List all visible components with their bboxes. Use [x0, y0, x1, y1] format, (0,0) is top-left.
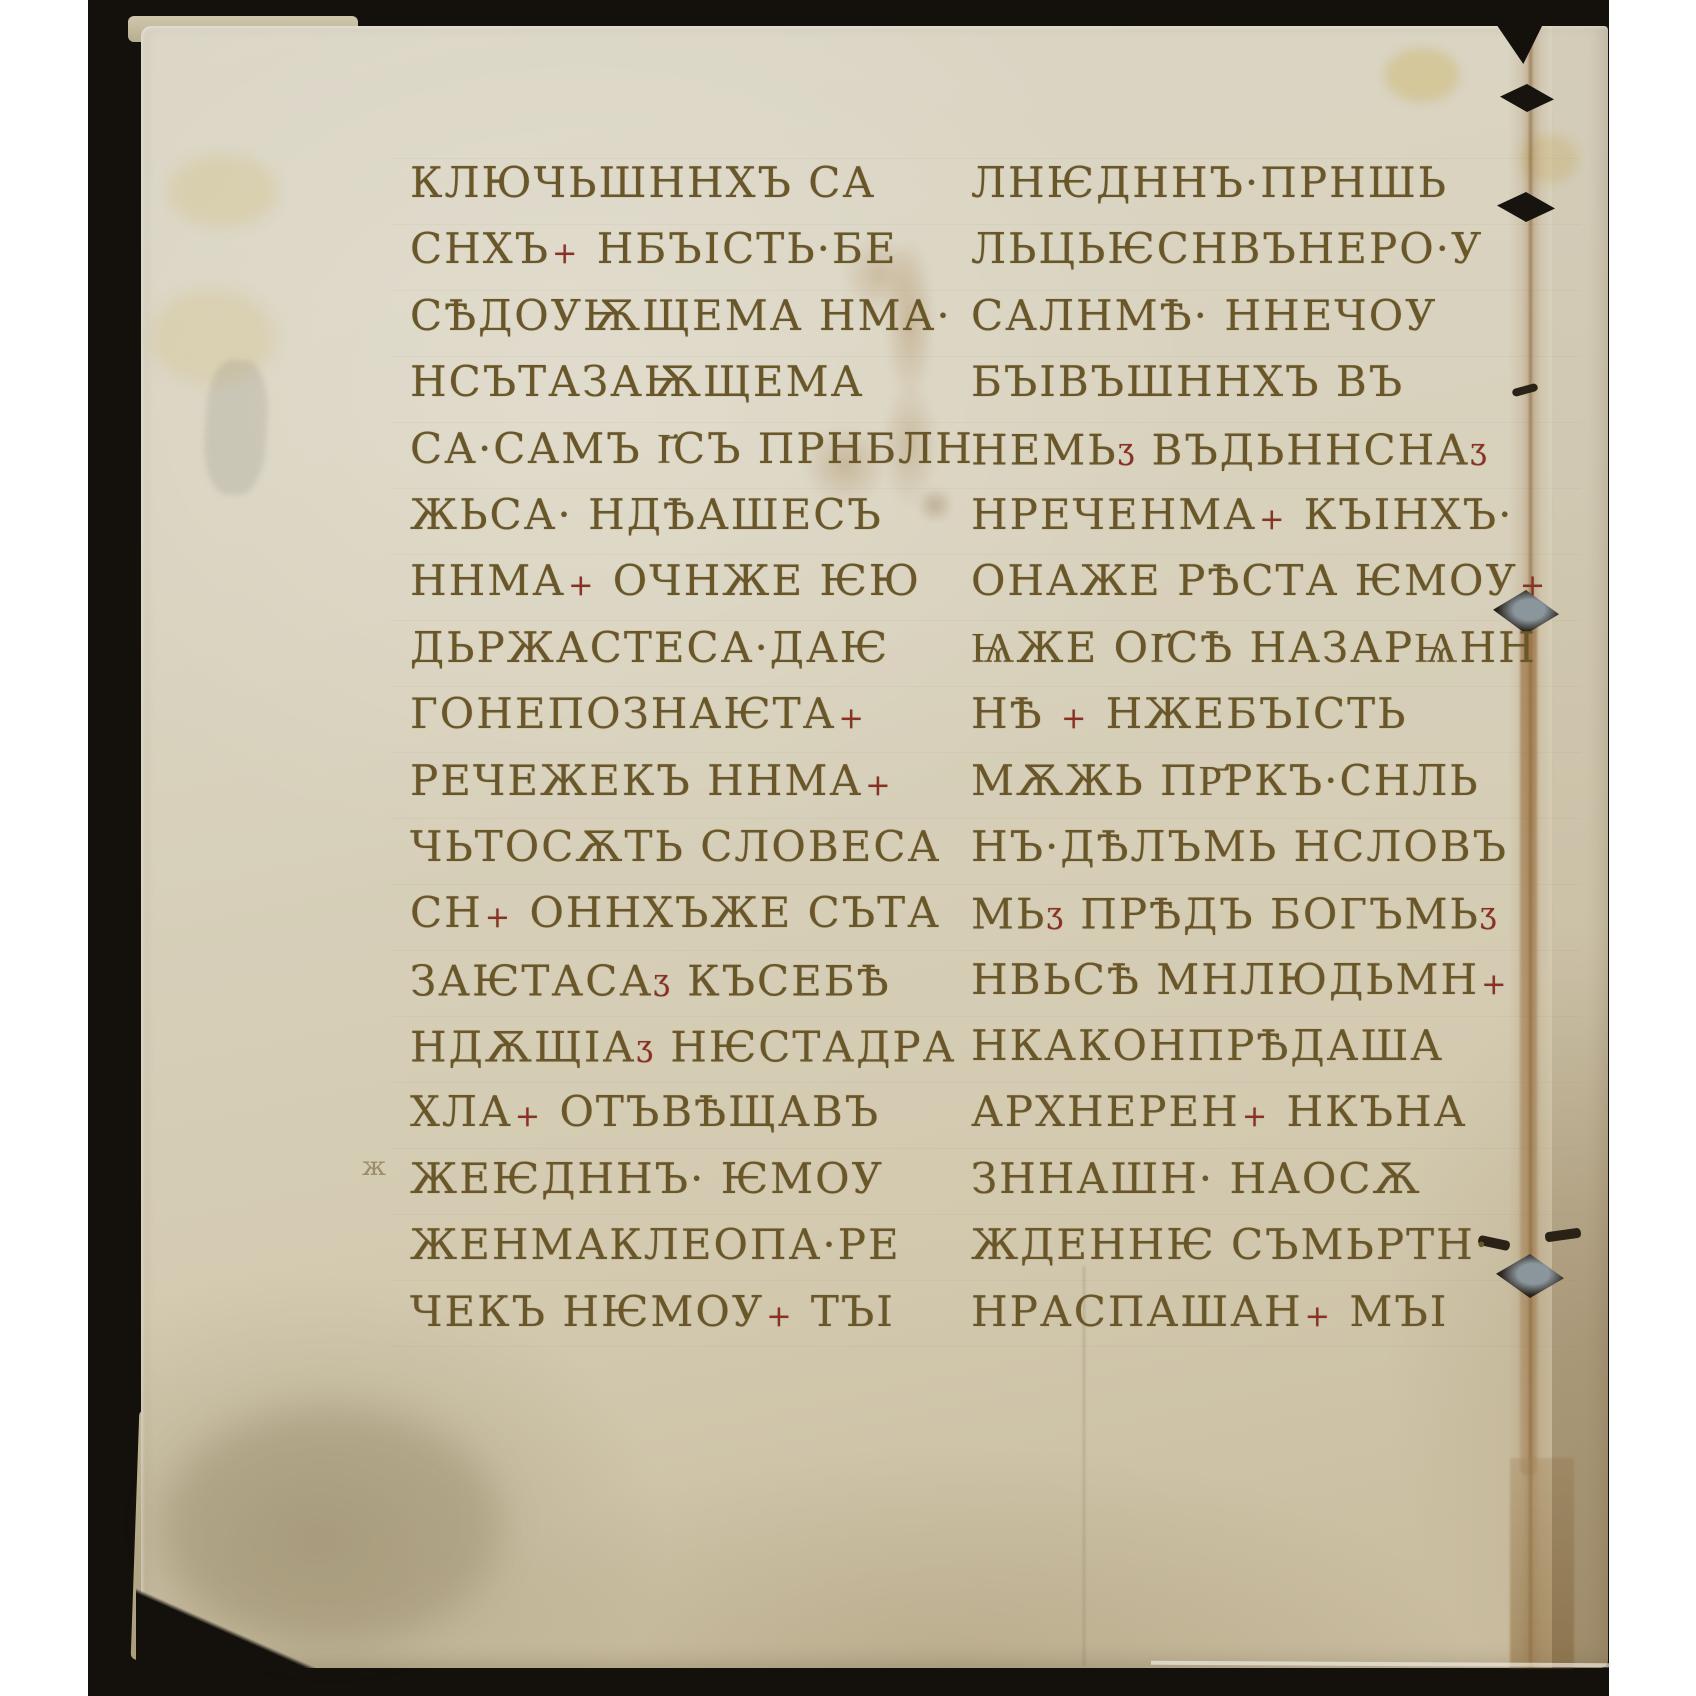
manuscript-text-line: ЧЬТОСѪТЬ СЛОВЕСА [410, 814, 974, 880]
yellow-stain [1385, 48, 1459, 102]
manuscript-text-line: НРАСПАШАН+ МЪІ [971, 1279, 1549, 1345]
rubric-cross-mark: + [483, 900, 514, 935]
rubric-cross-mark: + [513, 1099, 544, 1134]
rubric-cross-mark: + [550, 236, 581, 271]
rubric-z-mark: ʒ [1470, 432, 1489, 466]
manuscript-text-line: СН+ ОННХЪЖЕ СЪТА [410, 880, 974, 946]
text-column-right: ЛНѤДННЪ·ПРНШЬЛЬЦЬѤСНВЪНЕРО·УСАЛНМѢ· ННЕЧ… [971, 150, 1549, 1345]
text-column-left: КЛЮЧЬШННХЪ САСНХЪ+ НБЪІСТЬ·БЕСѢДОУѬЩЕМА … [410, 150, 974, 1345]
rubric-cross-mark: + [1257, 502, 1288, 537]
rubric-z-mark: ʒ [653, 963, 672, 997]
manuscript-text-line: РЕЧЕЖЕКЪ ННМА+ [410, 748, 974, 814]
manuscript-text-line: ЗННАШН· НАОСѪ [971, 1146, 1549, 1212]
manuscript-text-line: ЗАѤТАСАʒ КЪСЕБѢ [410, 947, 974, 1013]
manuscript-text-line: ЖЕѤДННЪ· ѤМОУ [410, 1146, 974, 1212]
marginal-mark: ж [362, 1152, 386, 1182]
rubric-cross-mark: + [1303, 1299, 1334, 1334]
rubric-z-mark: ʒ [636, 1029, 655, 1063]
manuscript-text-line: НСЪТАЗАѬЩЕМА [410, 349, 974, 415]
manuscript-text-line: ННМА+ ОЧНЖЕ ѤЮ [410, 548, 974, 614]
rubric-cross-mark: + [764, 1299, 795, 1334]
manuscript-text-line: ЧЕКЪ НѤМОУ+ ТЪІ [410, 1279, 974, 1345]
manuscript-text-line: НКАКОНПРѢДАША [971, 1013, 1549, 1079]
rubric-cross-mark: + [566, 568, 597, 603]
manuscript-text-line: МѪЖЬ ПР҃РКЪ·СНЛЬ [971, 748, 1549, 814]
manuscript-text-line: НЕМЬʒ ВЪДЬННСНАʒ [971, 416, 1549, 482]
rubric-cross-mark: + [1240, 1099, 1271, 1134]
manuscript-text-line: СА·САМЪ І҃СЪ ПРНБЛН [410, 416, 974, 482]
manuscript-text-line: НЪ·ДѢЛЪМЬ НСЛОВЪ [971, 814, 1549, 880]
manuscript-text-line: ѨЖЕ ОІ҃СѢ НАЗАРѨНН [971, 615, 1549, 681]
gutter-bottom-stain [1510, 1458, 1574, 1668]
manuscript-text-line: НѢ + НЖЕБЪІСТЬ [971, 681, 1549, 747]
manuscript-text-line: САЛНМѢ· ННЕЧОУ [971, 283, 1549, 349]
manuscript-text-line: ГОНЕПОЗНАѤТА+ [410, 681, 974, 747]
manuscript-text-line: ЛНѤДННЪ·ПРНШЬ [971, 150, 1549, 216]
photo-backdrop: КЛЮЧЬШННХЪ САСНХЪ+ НБЪІСТЬ·БЕСѢДОУѬЩЕМА … [88, 0, 1609, 1696]
bottom-left-corner-cut [136, 1588, 326, 1672]
rubric-cross-mark: + [863, 768, 894, 803]
manuscript-text-line: МЬʒ ПРѢДЪ БОГЪМЬʒ [971, 880, 1549, 946]
conjoint-leaf-shading [1552, 26, 1608, 1668]
rubric-z-mark: ʒ [1046, 896, 1065, 930]
sewing-hole [1500, 84, 1554, 112]
parchment-page: КЛЮЧЬШННХЪ САСНХЪ+ НБЪІСТЬ·БЕСѢДОУѬЩЕМА … [141, 26, 1608, 1668]
rubric-cross-mark: + [1479, 967, 1510, 1002]
rubric-z-mark: ʒ [1118, 432, 1137, 466]
manuscript-text-line: ХЛА+ ОТЪВѢЩАВЪ [410, 1079, 974, 1145]
manuscript-text-line: ЖЕНМАКЛЕОПА·РЕ [410, 1212, 974, 1278]
manuscript-text-line: ЖДЕННѤ СЪМЬРТН· [971, 1212, 1549, 1278]
offset-text-smudge [202, 358, 271, 496]
manuscript-text-line: СНХЪ+ НБЪІСТЬ·БЕ [410, 216, 974, 282]
manuscript-text-line: СѢДОУѬЩЕМА НМА· [410, 283, 974, 349]
sewing-thread [1544, 1228, 1581, 1243]
manuscript-text-line: АРХНЕРЕН+ НКЪНА [971, 1079, 1549, 1145]
manuscript-text-line: КЛЮЧЬШННХЪ СА [410, 150, 974, 216]
rubric-cross-mark: + [836, 701, 867, 736]
manuscript-photo-viewer: КЛЮЧЬШННХЪ САСНХЪ+ НБЪІСТЬ·БЕСѢДОУѬЩЕМА … [0, 0, 1696, 1696]
rubric-z-mark: ʒ [1480, 896, 1499, 930]
manuscript-text-line: НРЕЧЕНМА+ КЪІНХЪ· [971, 482, 1549, 548]
manuscript-text-line: ЖЬСА· НДѢАШЕСЪ [410, 482, 974, 548]
manuscript-text-line: ДЬРЖАСТЕСА·ДАѤ [410, 615, 974, 681]
rubric-cross-mark: + [1059, 701, 1090, 736]
manuscript-text-line: НВЬСѢ МНЛЮДЬМН+ [971, 947, 1549, 1013]
yellow-stain [168, 155, 278, 227]
rubric-cross-mark: + [1518, 568, 1549, 603]
manuscript-text-line: ЛЬЦЬѤСНВЪНЕРО·У [971, 216, 1549, 282]
manuscript-text-line: БЪІВЪШННХЪ ВЪ [971, 349, 1549, 415]
manuscript-text-line: ОНАЖЕ РѢСТА ѤМОУ+ [971, 548, 1549, 614]
manuscript-text-line: НДѪЩІАʒ НѤСТАДРА [410, 1013, 974, 1079]
